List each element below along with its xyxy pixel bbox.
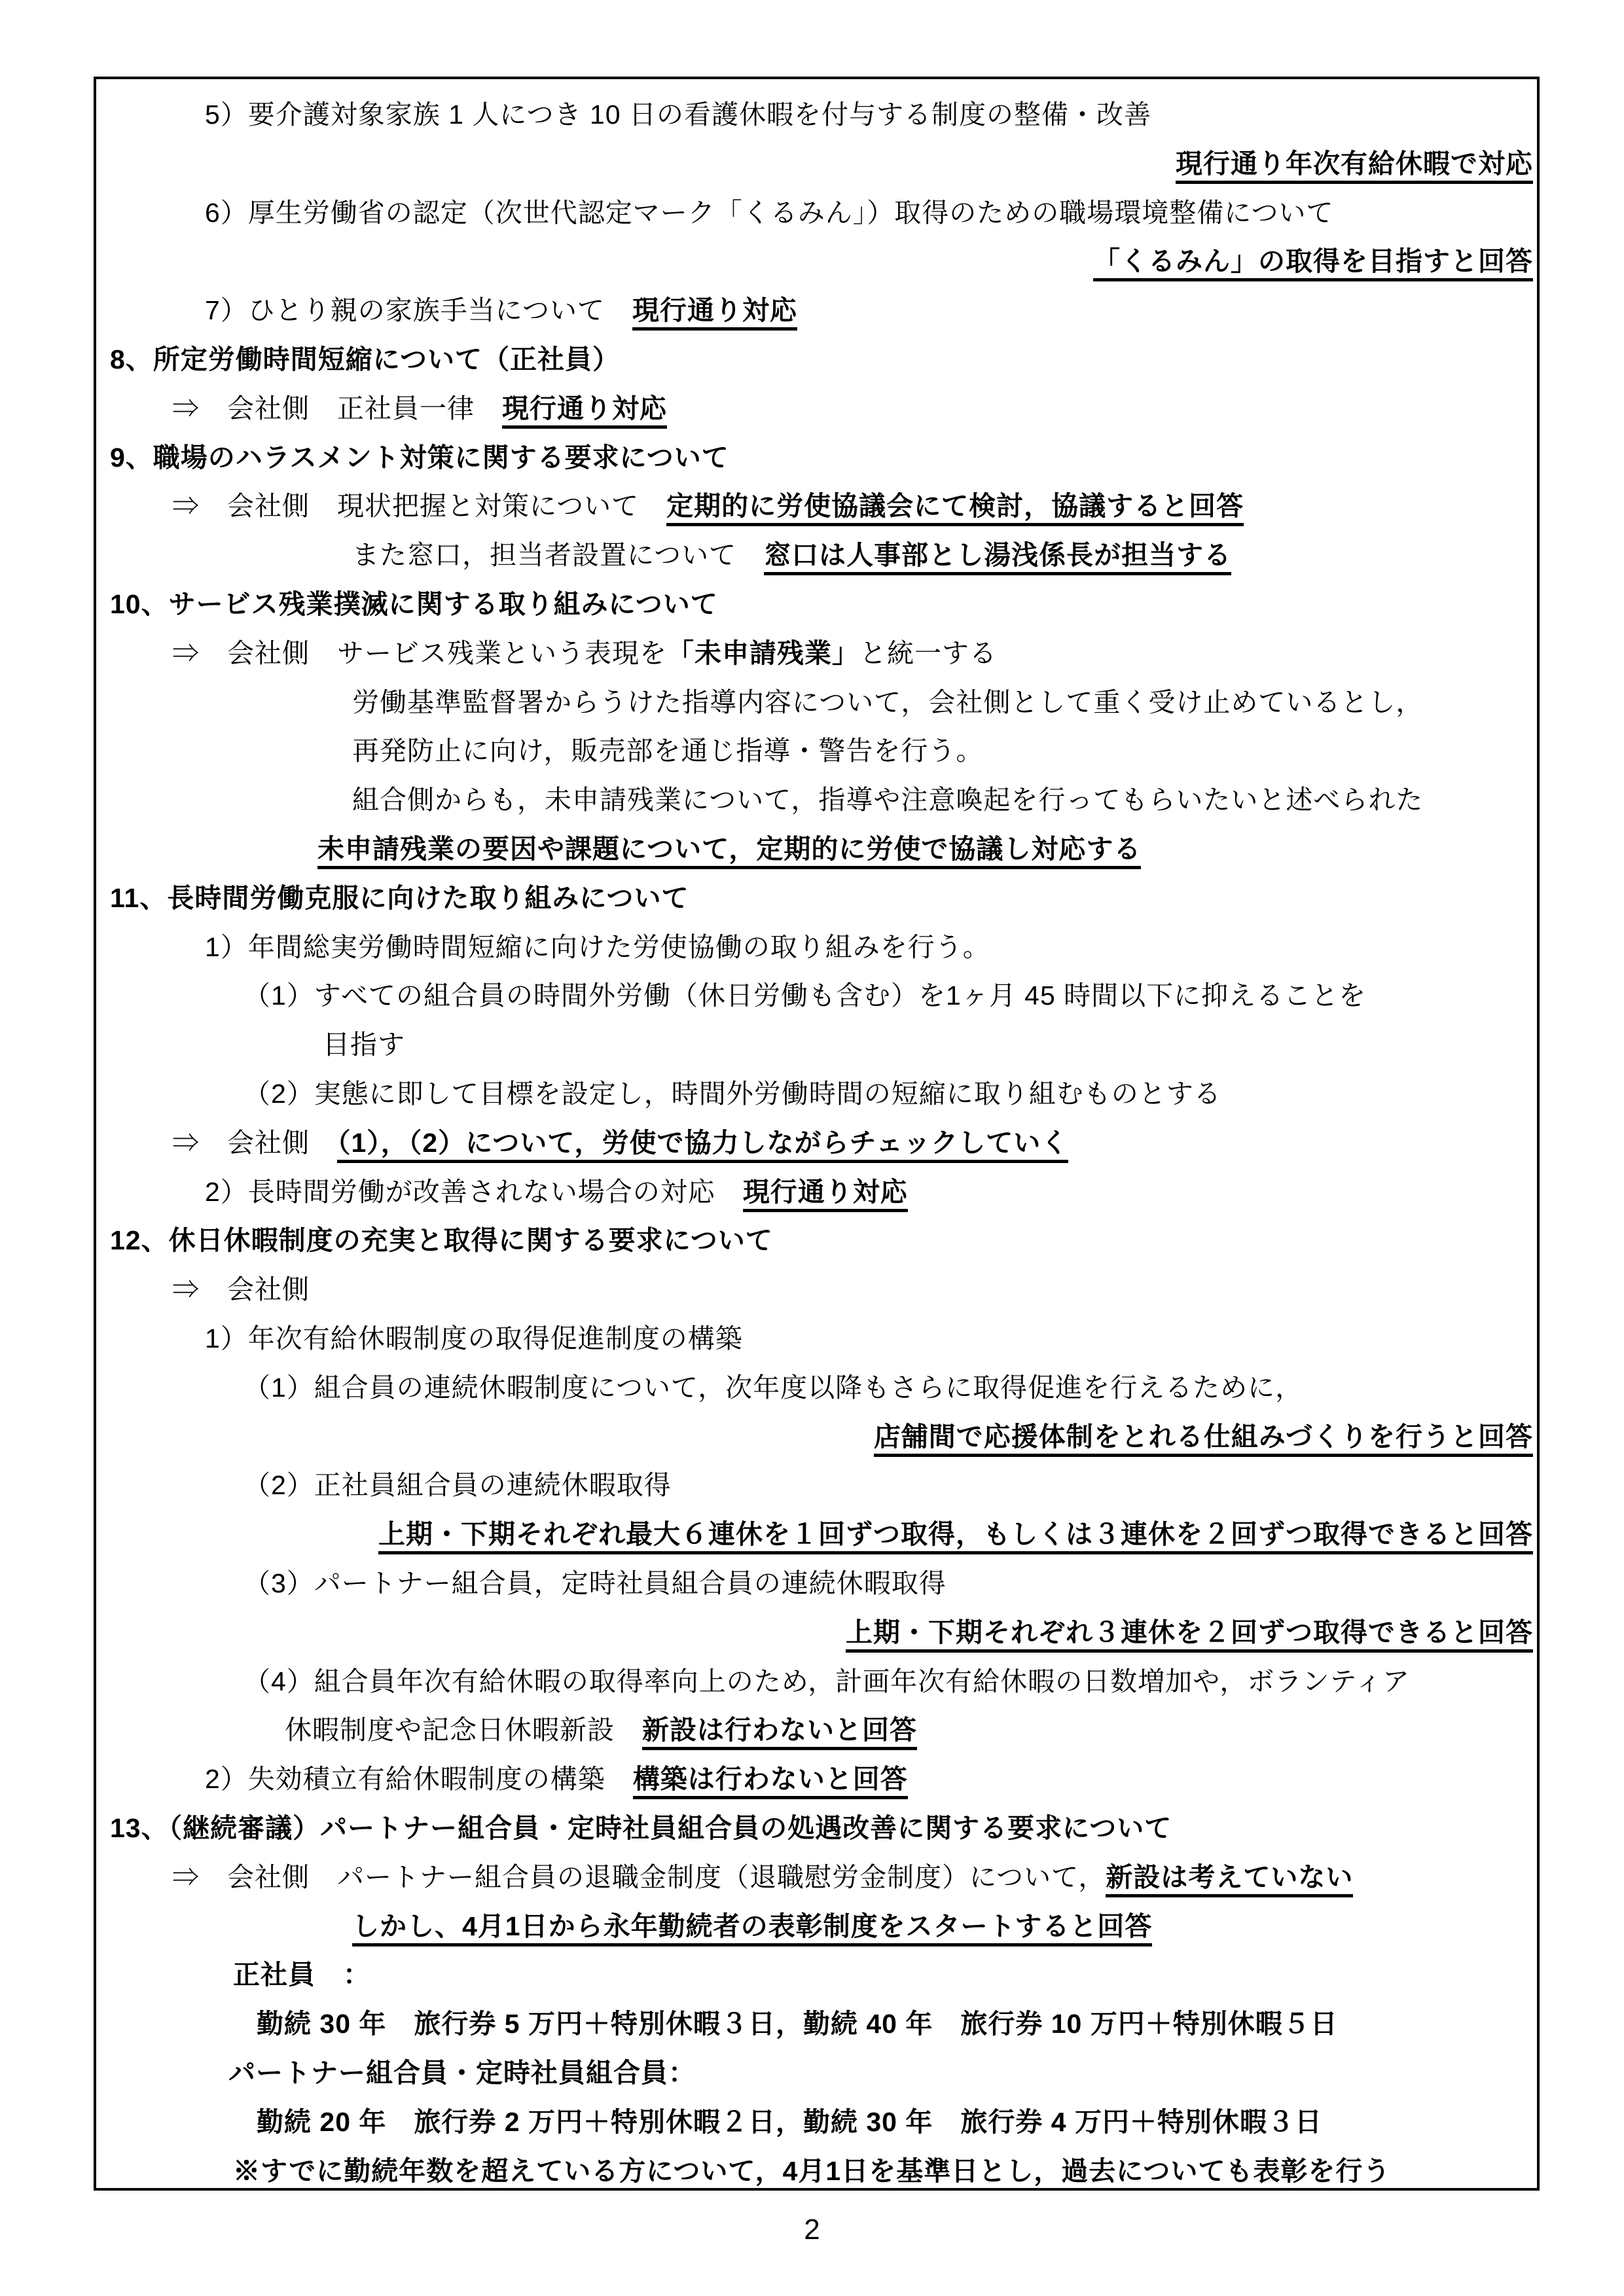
text-line-11: 10、サービス残業撲滅に関する取り組みについて xyxy=(110,586,718,622)
text-segment: 現行通り対応 xyxy=(632,295,797,331)
text-line-28: 店舗間で応援体制をとれる仕組みづくりを行うと回答 xyxy=(874,1419,1533,1454)
text-segment: 定期的に労使協議会にて検討，協議すると回答 xyxy=(666,491,1244,526)
text-line-22: ⇒ 会社側 （1），（2）について，労使で協力しながらチェックしていく xyxy=(172,1125,1068,1160)
text-line-25: ⇒ 会社側 xyxy=(172,1272,310,1307)
text-segment: ⇒ 会社側 正社員一律 xyxy=(172,393,502,423)
text-segment: ※すでに勤続年数を超えている方について，4月1日を基準日とし，過去についても表彰… xyxy=(233,2156,1390,2186)
text-line-37: ⇒ 会社側 パートナー組合員の退職金制度（退職慰労金制度）について，新設は考えて… xyxy=(172,1859,1353,1895)
text-line-24: 12、休日休暇制度の充実と取得に関する要求について xyxy=(110,1223,773,1258)
text-line-43: ※すでに勤続年数を超えている方について，4月1日を基準日とし，過去についても表彰… xyxy=(233,2153,1390,2189)
text-line-39: 正社員 ： xyxy=(233,1957,370,1992)
text-line-12: ⇒ 会社側 サービス残業という表現を「未申請残業」と統一する xyxy=(172,636,997,671)
text-line-27: （1）組合員の連続休暇制度について，次年度以降もさらに取得促進を行えるために， xyxy=(244,1370,1303,1405)
text-line-10: また窓口，担当者設置について 窓口は人事部とし湯浅係長が担当する xyxy=(352,537,1231,573)
text-segment: 2）長時間労働が改善されない場合の対応 xyxy=(205,1177,743,1207)
text-line-6: 8、所定労働時間短縮について（正社員） xyxy=(110,342,620,377)
text-segment: 現行通り対応 xyxy=(502,393,667,429)
text-segment: 窓口は人事部とし湯浅係長が担当する xyxy=(764,540,1231,575)
text-line-1: 5）要介護対象家族 1 人につき 10 日の看護休暇を付与する制度の整備・改善 xyxy=(205,97,1151,132)
text-line-30: 上期・下期それぞれ最大６連休を１回ずつ取得，もしくは３連休を２回ずつ取得できると… xyxy=(378,1516,1533,1552)
text-line-21: （2）実態に即して目標を設定し，時間外労働時間の短縮に取り組むものとする xyxy=(244,1076,1221,1111)
text-segment: 未申請残業の要因や課題について，定期的に労使で協議し対応する xyxy=(317,834,1141,869)
text-line-15: 組合側からも，未申請残業について，指導や注意喚起を行ってもらいたいと述べられた xyxy=(352,782,1423,817)
text-segment: 7）ひとり親の家族手当について xyxy=(205,295,632,325)
text-segment: 2）失効積立有給休暇制度の構築 xyxy=(205,1764,633,1794)
text-line-9: ⇒ 会社側 現状把握と対策について 定期的に労使協議会にて検討，協議すると回答 xyxy=(172,488,1244,524)
text-segment: ⇒ 会社側 サービス残業という表現を xyxy=(172,638,667,668)
text-segment: 上期・下期それぞれ最大６連休を１回ずつ取得，もしくは３連休を２回ずつ取得できると… xyxy=(378,1519,1533,1554)
text-line-8: 9、職場のハラスメント対策に関する要求について xyxy=(110,440,729,475)
text-segment: と統一する xyxy=(859,638,997,668)
text-segment: 「くるみん」の取得を目指すと回答 xyxy=(1093,246,1533,281)
text-segment: 休暇制度や記念日休暇新設 xyxy=(285,1715,642,1745)
text-segment: ⇒ 会社側 パートナー組合員の退職金制度（退職慰労金制度）について， xyxy=(172,1862,1106,1892)
page-border: 5）要介護対象家族 1 人につき 10 日の看護休暇を付与する制度の整備・改善現… xyxy=(94,77,1540,2191)
text-line-42: 勤続 20 年 旅行券 2 万円＋特別休暇２日，勤続 30 年 旅行券 4 万円… xyxy=(257,2104,1322,2140)
text-segment: 現行通り年次有給休暇で対応 xyxy=(1176,149,1533,184)
text-segment: しかし、4月1日から永年勤続者の表彰制度をスタートすると回答 xyxy=(352,1911,1152,1946)
text-segment: 1）年間総実労働時間短縮に向けた労使協働の取り組みを行う。 xyxy=(205,932,990,962)
text-segment: 10、サービス残業撲滅に関する取り組みについて xyxy=(110,589,718,619)
text-segment: ⇒ 会社側 xyxy=(172,1274,310,1304)
text-line-20: 目指す xyxy=(323,1027,405,1062)
text-line-26: 1）年次有給休暇制度の取得促進制度の構築 xyxy=(205,1321,743,1356)
text-segment: 11、長時間労働克服に向けた取り組みについて xyxy=(110,883,689,913)
text-line-40: 勤続 30 年 旅行券 5 万円＋特別休暇３日，勤続 40 年 旅行券 10 万… xyxy=(257,2006,1338,2041)
text-line-2: 現行通り年次有給休暇で対応 xyxy=(1176,146,1533,181)
text-segment: 勤続 20 年 旅行券 2 万円＋特別休暇２日，勤続 30 年 旅行券 4 万円… xyxy=(257,2107,1322,2137)
text-line-32: 上期・下期それぞれ３連休を２回ずつ取得できると回答 xyxy=(846,1615,1533,1650)
text-segment: （2）正社員組合員の連続休暇取得 xyxy=(244,1470,672,1500)
text-segment: 現行通り対応 xyxy=(743,1177,908,1212)
text-line-34: 休暇制度や記念日休暇新設 新設は行わないと回答 xyxy=(285,1712,917,1748)
text-line-36: 13、（継続審議）パートナー組合員・定時社員組合員の処遇改善に関する要求について xyxy=(110,1810,1172,1846)
text-segment: 6）厚生労働省の認定（次世代認定マーク「くるみん」）取得のための職場環境整備につ… xyxy=(205,198,1333,228)
text-segment: （2）実態に即して目標を設定し，時間外労働時間の短縮に取り組むものとする xyxy=(244,1079,1221,1109)
text-segment: 5）要介護対象家族 1 人につき 10 日の看護休暇を付与する制度の整備・改善 xyxy=(205,99,1151,130)
text-segment: また窓口，担当者設置について xyxy=(352,540,764,570)
text-line-35: 2）失効積立有給休暇制度の構築 構築は行わないと回答 xyxy=(205,1761,908,1797)
text-segment: （1），（2）について，労使で協力しながらチェックしていく xyxy=(337,1128,1068,1163)
text-segment: 再発防止に向け，販売部を通じ指導・警告を行う。 xyxy=(352,736,983,766)
text-segment: 労働基準監督署からうけた指導内容について，会社側として重く受け止めているとし， xyxy=(352,687,1423,717)
text-segment: 正社員 ： xyxy=(233,1960,370,1990)
text-segment: 目指す xyxy=(323,1030,405,1060)
text-line-4: 「くるみん」の取得を目指すと回答 xyxy=(1093,243,1533,279)
text-segment: 新設は行わないと回答 xyxy=(642,1715,917,1750)
text-segment: 8、所定労働時間短縮について（正社員） xyxy=(110,344,620,374)
text-segment: 組合側からも，未申請残業について，指導や注意喚起を行ってもらいたいと述べられた xyxy=(352,785,1423,815)
text-line-7: ⇒ 会社側 正社員一律 現行通り対応 xyxy=(172,391,667,426)
text-line-38: しかし、4月1日から永年勤続者の表彰制度をスタートすると回答 xyxy=(352,1909,1152,1944)
text-line-17: 11、長時間労働克服に向けた取り組みについて xyxy=(110,880,689,916)
text-line-33: （4）組合員年次有給休暇の取得率向上のため，計画年次有給休暇の日数増加や，ボラン… xyxy=(244,1664,1410,1699)
text-segment: （1）すべての組合員の時間外労働（休日労働も含む）を1ヶ月 45 時間以下に抑え… xyxy=(244,980,1366,1011)
text-line-13: 労働基準監督署からうけた指導内容について，会社側として重く受け止めているとし， xyxy=(352,685,1423,720)
text-line-16: 未申請残業の要因や課題について，定期的に労使で協議し対応する xyxy=(317,831,1141,867)
text-segment: （1）組合員の連続休暇制度について，次年度以降もさらに取得促進を行えるために， xyxy=(244,1372,1303,1403)
text-line-14: 再発防止に向け，販売部を通じ指導・警告を行う。 xyxy=(352,733,983,768)
text-segment: 13、（継続審議）パートナー組合員・定時社員組合員の処遇改善に関する要求について xyxy=(110,1813,1172,1843)
text-segment: 12、休日休暇制度の充実と取得に関する要求について xyxy=(110,1225,773,1255)
text-segment: （4）組合員年次有給休暇の取得率向上のため，計画年次有給休暇の日数増加や，ボラン… xyxy=(244,1666,1410,1696)
text-segment: 勤続 30 年 旅行券 5 万円＋特別休暇３日，勤続 40 年 旅行券 10 万… xyxy=(257,2009,1338,2039)
text-segment: 構築は行わないと回答 xyxy=(633,1764,908,1799)
text-segment: 店舗間で応援体制をとれる仕組みづくりを行うと回答 xyxy=(874,1422,1533,1457)
text-segment: ⇒ 会社側 xyxy=(172,1128,337,1158)
text-line-23: 2）長時間労働が改善されない場合の対応 現行通り対応 xyxy=(205,1174,908,1210)
text-line-3: 6）厚生労働省の認定（次世代認定マーク「くるみん」）取得のための職場環境整備につ… xyxy=(205,195,1333,230)
text-segment: ⇒ 会社側 現状把握と対策について xyxy=(172,491,666,521)
text-line-29: （2）正社員組合員の連続休暇取得 xyxy=(244,1467,672,1503)
text-segment: 「未申請残業」 xyxy=(667,638,859,668)
page-number: 2 xyxy=(0,2214,1624,2246)
text-line-19: （1）すべての組合員の時間外労働（休日労働も含む）を1ヶ月 45 時間以下に抑え… xyxy=(244,978,1366,1013)
text-line-18: 1）年間総実労働時間短縮に向けた労使協働の取り組みを行う。 xyxy=(205,929,990,965)
text-segment: 上期・下期それぞれ３連休を２回ずつ取得できると回答 xyxy=(846,1617,1533,1653)
text-segment: パートナー組合員・定時社員組合員： xyxy=(228,2058,696,2088)
text-segment: 新設は考えていない xyxy=(1106,1862,1353,1897)
text-segment: 1）年次有給休暇制度の取得促進制度の構築 xyxy=(205,1323,743,1354)
text-segment: （3）パートナー組合員，定時社員組合員の連続休暇取得 xyxy=(244,1568,947,1598)
text-line-31: （3）パートナー組合員，定時社員組合員の連続休暇取得 xyxy=(244,1566,947,1601)
text-line-41: パートナー組合員・定時社員組合員： xyxy=(228,2055,696,2090)
text-segment: 9、職場のハラスメント対策に関する要求について xyxy=(110,442,729,473)
text-line-5: 7）ひとり親の家族手当について 現行通り対応 xyxy=(205,293,797,328)
